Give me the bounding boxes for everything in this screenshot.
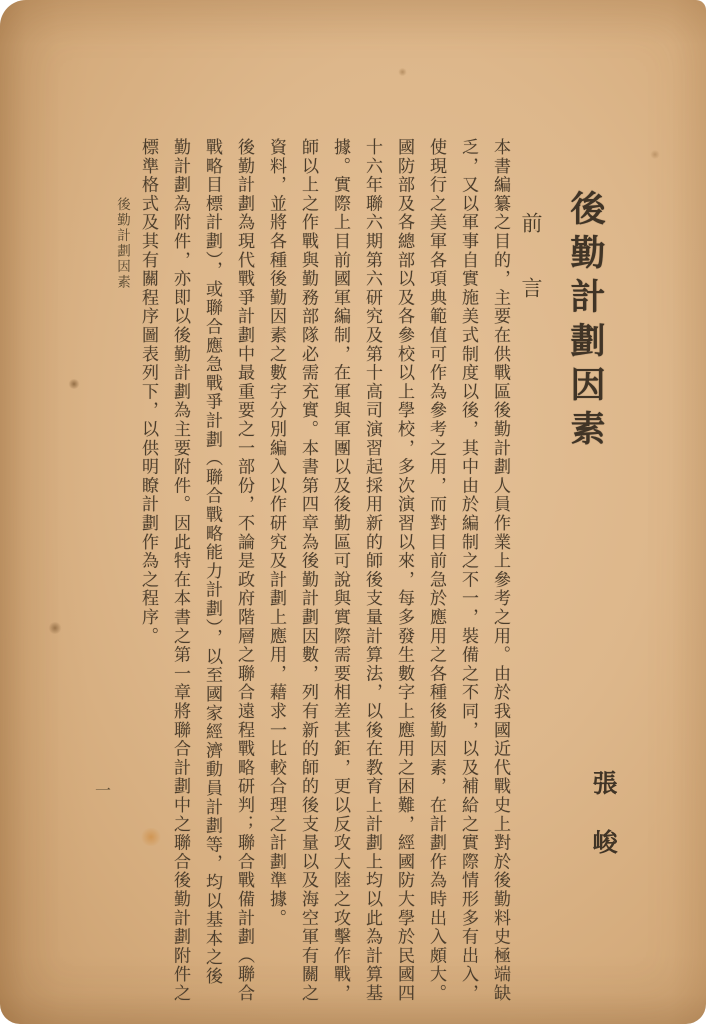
preface-paragraph: 本書編纂之目的，主要在供戰區後勤計劃人員作業上參考之用。由於我國近代戰史上對於後… xyxy=(260,138,516,1004)
preface-body: 本書編纂之目的，主要在供戰區後勤計劃人員作業上參考之用。由於我國近代戰史上對於後… xyxy=(128,138,516,1004)
author-name: 張峻 xyxy=(584,770,620,900)
speck-stain xyxy=(650,150,660,159)
speck-stain xyxy=(398,68,407,76)
page-number: 一 xyxy=(95,778,111,801)
preface-paragraph: 後勤計劃為現代戰爭計劃中最重要之一部份，不論是政府階層之聯合遠程戰略研判；聯合戰… xyxy=(132,138,260,1004)
ink-stain xyxy=(48,622,62,634)
margin-running-title: 後勤計劃因素 xyxy=(112,197,132,317)
scanned-page: 後勤計劃因素 前言 本書編纂之目的，主要在供戰區後勤計劃人員作業上參考之用。由於… xyxy=(0,0,706,1024)
ink-stain xyxy=(68,379,80,389)
section-heading: 前言 xyxy=(516,212,546,412)
page-title: 後勤計劃因素 xyxy=(560,190,610,480)
